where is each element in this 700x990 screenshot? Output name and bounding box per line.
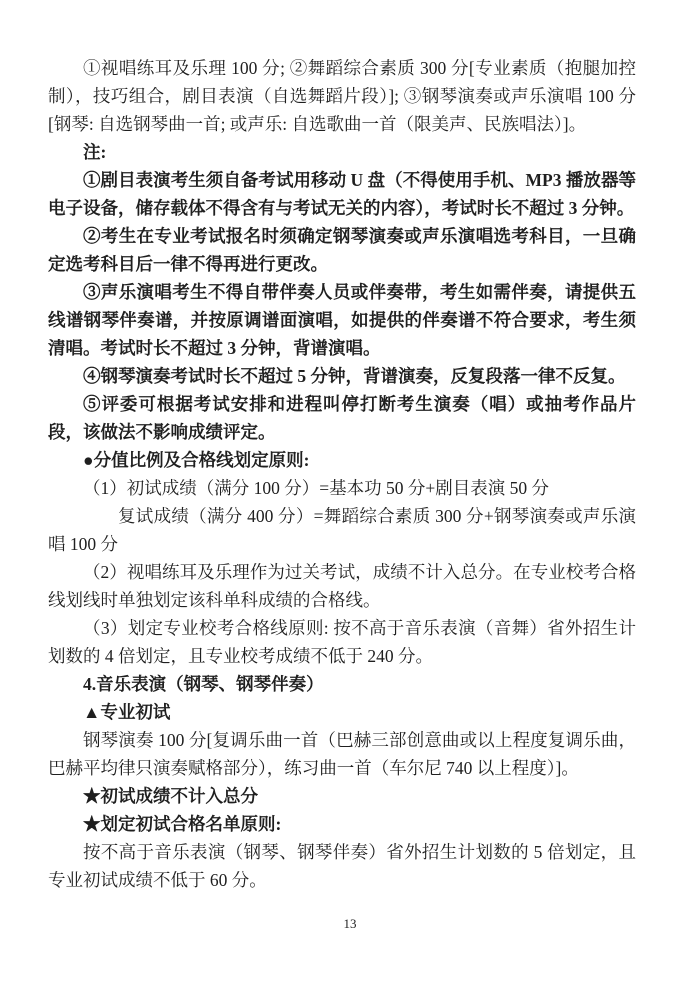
first-test-score-formula: （1）初试成绩（满分 100 分）=基本功 50 分+剧目表演 50 分 xyxy=(48,474,636,502)
initial-passlist-rule-heading: ★划定初试合格名单原则: xyxy=(48,810,636,838)
exam-subjects-scores: ①视唱练耳及乐理 100 分; ②舞蹈综合素质 300 分[专业素质（抱腿加控制… xyxy=(48,54,636,138)
document-page: ①视唱练耳及乐理 100 分; ②舞蹈综合素质 300 分[专业素质（抱腿加控制… xyxy=(0,0,700,990)
initial-score-note: ★初试成绩不计入总分 xyxy=(48,782,636,810)
retest-score-formula: 复试成绩（满分 400 分）=舞蹈综合素质 300 分+钢琴演奏或声乐演唱 10… xyxy=(48,502,636,558)
note-item-3: ③声乐演唱考生不得自带伴奏人员或伴奏带，考生如需伴奏，请提供五线谱钢琴伴奏谱，并… xyxy=(48,278,636,362)
initial-passlist-rule: 按不高于音乐表演（钢琴、钢琴伴奏）省外招生计划数的 5 倍划定，且专业初试成绩不… xyxy=(48,838,636,894)
piano-performance-requirements: 钢琴演奏 100 分[复调乐曲一首（巴赫三部创意曲或以上程度复调乐曲，巴赫平均律… xyxy=(48,726,636,782)
subsection-initial-test: ▲专业初试 xyxy=(48,698,636,726)
page-number: 13 xyxy=(0,916,700,932)
notes-heading: 注: xyxy=(48,138,636,166)
passline-rule: （3）划定专业校考合格线原则: 按不高于音乐表演（音舞）省外招生计划数的 4 倍… xyxy=(48,614,636,670)
solfeggio-rule: （2）视唱练耳及乐理作为过关考试，成绩不计入总分。在专业校考合格线划线时单独划定… xyxy=(48,558,636,614)
section-heading-music-performance-piano: 4.音乐表演（钢琴、钢琴伴奏） xyxy=(48,670,636,698)
score-ratio-heading: ●分值比例及合格线划定原则: xyxy=(48,446,636,474)
note-item-2: ②考生在专业考试报名时须确定钢琴演奏或声乐演唱选考科目，一旦确定选考科目后一律不… xyxy=(48,222,636,278)
document-body: ①视唱练耳及乐理 100 分; ②舞蹈综合素质 300 分[专业素质（抱腿加控制… xyxy=(48,54,636,894)
note-item-1: ①剧目表演考生须自备考试用移动 U 盘（不得使用手机、MP3 播放器等电子设备，… xyxy=(48,166,636,222)
note-item-5: ⑤评委可根据考试安排和进程叫停打断考生演奏（唱）或抽考作品片段，该做法不影响成绩… xyxy=(48,390,636,446)
note-item-4: ④钢琴演奏考试时长不超过 5 分钟，背谱演奏，反复段落一律不反复。 xyxy=(48,362,636,390)
